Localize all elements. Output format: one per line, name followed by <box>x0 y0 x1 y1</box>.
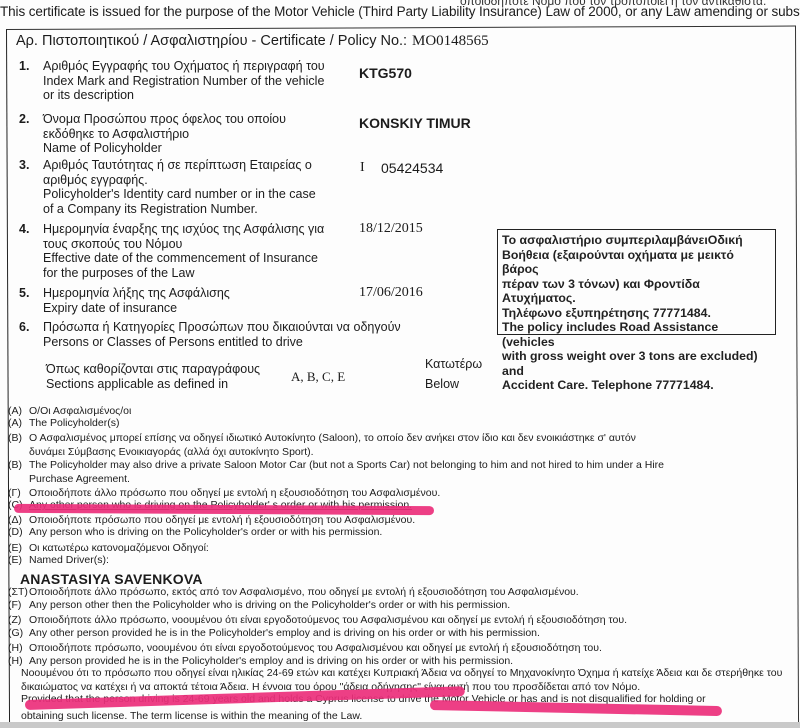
item-line: Αριθμός Εγγραφής του Οχήματος ή περιγραφ… <box>43 59 383 74</box>
page-bottom-edge <box>0 722 800 728</box>
item-line: Effective date of the commencement of In… <box>43 251 383 266</box>
item-number: 2. <box>19 112 29 127</box>
item-line: αριθμός εγγραφής. <box>43 173 383 188</box>
infobox-line: The policy includes Road Assistance (veh… <box>502 320 771 349</box>
sections-value: A, B, C, E <box>291 369 345 385</box>
certificate-purpose: This certificate is issued for the purpo… <box>0 4 800 19</box>
item-line: Name of Policyholder <box>43 141 383 156</box>
policy-title: Αρ. Πιστοποιητικού / Ασφαλιστηρίου - Cer… <box>16 33 407 49</box>
infobox-line: with gross weight over 3 tons are exclud… <box>502 349 771 378</box>
sections-below: Κατωτέρω Below <box>425 357 482 391</box>
registration-value: KTG570 <box>359 65 412 81</box>
item-line: or its description <box>43 88 383 103</box>
infobox-line: Accident Care. Telephone 77771484. <box>502 378 771 393</box>
item-number: 1. <box>19 59 29 74</box>
policy-number: MO0148565 <box>412 33 489 50</box>
identity-prefix: I <box>360 160 365 176</box>
effective-date-value: 18/12/2015 <box>359 221 423 237</box>
item-line: Index Mark and Registration Number of th… <box>43 74 383 89</box>
item-line: Όνομα Προσώπου προς όφελος του οποίου <box>43 112 383 127</box>
item-line: Πρόσωπα ή Κατηγορίες Προσώπων που δικαιο… <box>43 320 503 335</box>
road-assistance-box: Το ασφαλιστήριο συμπεριλαμβάνειΟδική Βοή… <box>497 229 776 335</box>
item-line: Expiry date of insurance <box>43 301 383 316</box>
named-driver: ANASTASIYA SAVENKOVA <box>20 571 203 587</box>
item-number: 3. <box>19 158 29 173</box>
policyholder-value: KONSKIY TIMUR <box>359 115 471 131</box>
item-line: Policyholder's Identity card number or i… <box>43 187 383 202</box>
identity-value: 05424534 <box>381 160 443 176</box>
infobox-line: Το ασφαλιστήριο συμπεριλαμβάνειΟδική <box>502 233 771 248</box>
item-line: Ημερομηνία λήξης της Ασφάλισης <box>43 286 383 301</box>
infobox-line: Τηλέφωνο εξυπηρέτησης 77771484. <box>502 306 771 321</box>
item-number: 6. <box>19 320 29 335</box>
item-line: Persons or Classes of Persons entitled t… <box>43 335 503 350</box>
infobox-line: Βοήθεια (εξαιρούνται οχήματα με μεικτό β… <box>502 248 771 277</box>
footer-line-en-2: obtaining such license. The term license… <box>21 710 362 723</box>
policy-label: Αρ. Πιστοποιητικού / Ασφαλιστηρίου - Cer… <box>16 33 407 49</box>
infobox-line: πέραν των 3 τόνων) και Φροντίδα Ατυχήματ… <box>502 277 771 306</box>
expiry-date-value: 17/06/2016 <box>359 285 423 301</box>
footer-line-gr-1: Νοουμένου ότι το πρόσωπο που οδηγεί είνα… <box>21 667 782 680</box>
item-number: 5. <box>19 286 29 301</box>
item-line: Ημερομηνία έναρξης της ισχύος της Ασφάλι… <box>43 222 383 237</box>
item-line: of a Company its Registration Number. <box>43 202 383 217</box>
item-line: for the purposes of the Law <box>43 266 383 281</box>
item-number: 4. <box>19 222 29 237</box>
sections-label: Όπως καθορίζονται στις παραγράφους Secti… <box>46 362 260 391</box>
item-line: εκδόθηκε το Ασφαλιστήριο <box>43 127 383 142</box>
item-line: τους σκοπούς του Νόμου <box>43 237 383 252</box>
item-line: Αριθμός Ταυτότητας ή σε περίπτωση Εταιρε… <box>43 158 383 173</box>
